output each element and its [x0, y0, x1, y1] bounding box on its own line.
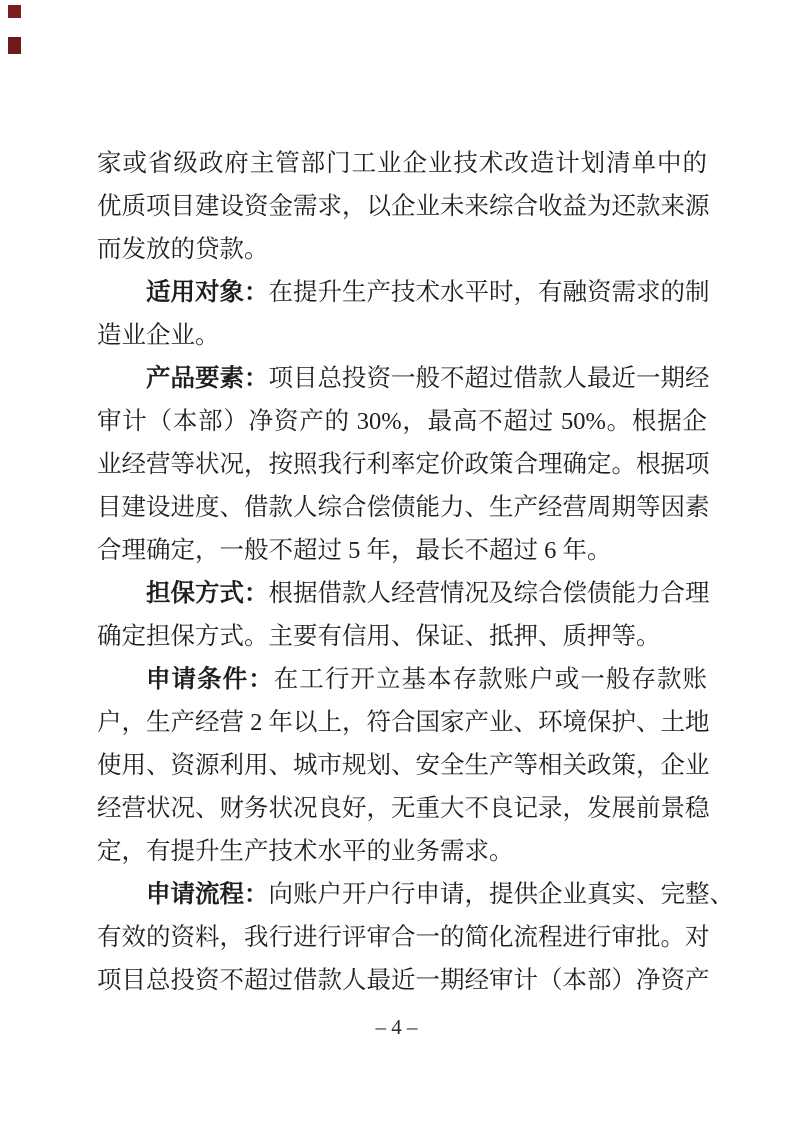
scan-corner-mark-top	[8, 5, 21, 18]
text-line: 业经营等状况，按照我行利率定价政策合理确定。根据项	[97, 443, 707, 486]
section-label-guarantee-method: 担保方式：	[146, 580, 269, 607]
text-line: 经营状况、财务状况良好，无重大不良记录，发展前景稳	[97, 787, 707, 830]
document-page: 家或省级政府主管部门工业企业技术改造计划清单中的 优质项目建设资金需求，以企业未…	[0, 0, 793, 1122]
text-line: 产品要素：项目总投资一般不超过借款人最近一期经	[97, 357, 707, 400]
line-text: 根据借款人经营情况及综合偿债能力合理	[269, 580, 710, 607]
text-line: 项目总投资不超过借款人最近一期经审计（本部）净资产	[97, 959, 707, 1002]
line-text: 在工行开立基本存款账户或一般存款账	[274, 666, 707, 693]
section-label-application-process: 申请流程：	[146, 881, 269, 908]
section-label-applicable-target: 适用对象：	[146, 279, 269, 306]
text-line: 而发放的贷款。	[97, 228, 707, 271]
text-line: 确定担保方式。主要有信用、保证、抵押、质押等。	[97, 615, 707, 658]
text-line: 使用、资源利用、城市规划、安全生产等相关政策，企业	[97, 744, 707, 787]
text-line: 有效的资料，我行进行评审合一的简化流程进行审批。对	[97, 916, 707, 959]
text-line: 适用对象：在提升生产技术水平时，有融资需求的制	[97, 271, 707, 314]
text-line: 审计（本部）净资产的 30%，最高不超过 50%。根据企	[97, 400, 707, 443]
text-line: 申请条件：在工行开立基本存款账户或一般存款账	[97, 658, 707, 701]
line-text: 向账户开户行申请，提供企业真实、完整、	[269, 881, 735, 908]
line-text: 项目总投资一般不超过借款人最近一期经	[269, 365, 710, 392]
text-line: 目建设进度、借款人综合偿债能力、生产经营周期等因素	[97, 486, 707, 529]
document-body: 家或省级政府主管部门工业企业技术改造计划清单中的 优质项目建设资金需求，以企业未…	[97, 142, 707, 1002]
section-label-application-conditions: 申请条件：	[146, 666, 274, 693]
text-line: 家或省级政府主管部门工业企业技术改造计划清单中的	[97, 142, 707, 185]
scan-corner-mark-bottom	[8, 37, 21, 54]
section-label-product-elements: 产品要素：	[146, 365, 269, 392]
text-line: 担保方式：根据借款人经营情况及综合偿债能力合理	[97, 572, 707, 615]
line-text: 在提升生产技术水平时，有融资需求的制	[269, 279, 710, 306]
text-line: 造业企业。	[97, 314, 707, 357]
page-number: – 4 –	[0, 1012, 793, 1042]
text-line: 合理确定，一般不超过 5 年，最长不超过 6 年。	[97, 529, 707, 572]
text-line: 户，生产经营 2 年以上，符合国家产业、环境保护、土地	[97, 701, 707, 744]
text-line: 优质项目建设资金需求，以企业未来综合收益为还款来源	[97, 185, 707, 228]
text-line: 定，有提升生产技术水平的业务需求。	[97, 830, 707, 873]
text-line: 申请流程：向账户开户行申请，提供企业真实、完整、	[97, 873, 707, 916]
